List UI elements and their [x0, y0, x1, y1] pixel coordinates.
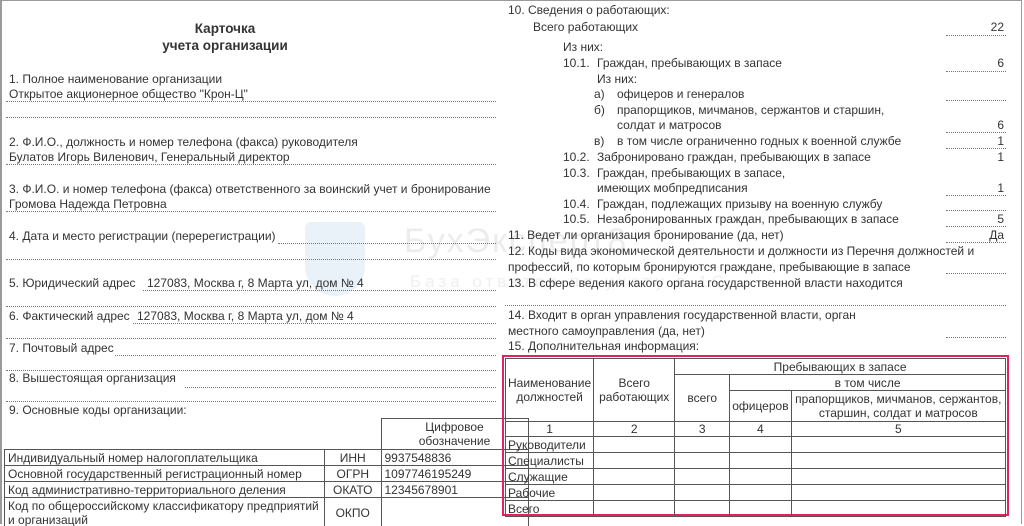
item11-label: 11. Ведет ли организация бронирование (д…	[508, 228, 784, 243]
item-b-value: 6	[946, 118, 1004, 133]
cell-reserve[interactable]	[675, 437, 730, 453]
item10-3-label2: имеющих мобпредписания	[597, 181, 748, 196]
item5-value: 127083, Москва г, 8 Марта ул, дом № 4	[147, 276, 364, 291]
item5-line2	[6, 306, 496, 307]
cell-total[interactable]	[594, 453, 675, 469]
item-a-num: а)	[594, 87, 605, 102]
code-abbr: ОГРН	[325, 466, 382, 482]
item3-line	[6, 211, 496, 212]
item14-label2: местного самоуправления (да, нет)	[508, 324, 705, 339]
of-them-label: Из них:	[563, 40, 603, 55]
cell-total[interactable]	[594, 469, 675, 485]
code-name: Индивидуальный номер налогоплательщика	[5, 450, 325, 466]
col-header-others: прапорщиков, мичманов, сержантов, старши…	[791, 391, 1005, 422]
item7-line	[115, 355, 496, 356]
document-title-line2: учета организации	[140, 38, 310, 53]
item6-label: 6. Фактический адрес	[9, 309, 130, 324]
info-row: Рабочие	[506, 485, 1006, 501]
cell-officers[interactable]	[730, 485, 791, 501]
codes-row: Код по общероссийскому классификатору пр…	[5, 498, 529, 526]
code-name: Код по общероссийскому классификатору пр…	[5, 498, 325, 526]
cell-total[interactable]	[594, 485, 675, 501]
item10-1-value: 6	[946, 56, 1004, 71]
cell-others[interactable]	[791, 469, 1005, 485]
item11-value: Да	[946, 228, 1004, 243]
of-them2-label: Из них:	[597, 72, 637, 87]
item5-label: 5. Юридический адрес	[9, 276, 136, 291]
item10-4-label: Граждан, подлежащих призыву на военную с…	[597, 197, 882, 212]
col-number: 4	[730, 422, 791, 437]
cell-reserve[interactable]	[675, 453, 730, 469]
item15-label: 15. Дополнительная информация:	[508, 339, 699, 354]
col-header-officers: офицеров	[730, 391, 791, 422]
item-b-num: б)	[594, 103, 605, 118]
cell-total[interactable]	[594, 437, 675, 453]
col-number: 5	[791, 422, 1005, 437]
code-abbr: ОКАТО	[325, 482, 382, 498]
cell-others[interactable]	[791, 485, 1005, 501]
group-header-reserve: Пребывающих в запасе	[675, 359, 1006, 375]
col-header-name: Наименование должностей	[506, 359, 594, 422]
codes-table: Цифровое обозначение Индивидуальный номе…	[4, 418, 529, 526]
item4-line	[278, 243, 496, 244]
item-v-line	[946, 148, 1006, 149]
item-a-label: офицеров и генералов	[617, 87, 744, 102]
item8-line2	[6, 401, 496, 402]
total-workers-label: Всего работающих	[533, 20, 638, 35]
col-number: 1	[506, 422, 594, 437]
item1-label: 1. Полное наименование организации	[9, 72, 222, 87]
item1-line2	[6, 117, 496, 118]
item-a-line	[946, 100, 1006, 101]
item10-1-num: 10.1.	[563, 56, 590, 71]
col-header-reserve-total: всего	[675, 375, 730, 422]
info-row: Служащие	[506, 469, 1006, 485]
row-name: Служащие	[506, 469, 594, 485]
item9-label: 9. Основные коды организации:	[9, 403, 187, 418]
item6-line2	[6, 338, 496, 339]
item6-value: 127083, Москва г, 8 Марта ул, дом № 4	[137, 309, 354, 324]
item-v-label: в том числе ограниченно годных к военной…	[617, 134, 901, 149]
item10-2-label: Забронировано граждан, пребывающих в зап…	[597, 150, 871, 165]
total-workers-value: 22	[946, 20, 1004, 35]
item10-5-value: 5	[946, 212, 1004, 227]
item2-label: 2. Ф.И.О., должность и номер телефона (ф…	[9, 135, 358, 150]
item4-label: 4. Дата и место регистрации (перерегистр…	[9, 229, 276, 244]
col-header-total: Всего работающих	[594, 359, 675, 422]
item13-line	[505, 305, 1006, 306]
item10-3-label1: Граждан, пребывающих в запасе,	[597, 166, 785, 181]
cell-officers[interactable]	[730, 437, 791, 453]
cell-officers[interactable]	[730, 453, 791, 469]
cell-officers[interactable]	[730, 501, 791, 517]
item2-line	[6, 164, 496, 165]
item14-label1: 14. Входит в орган управления государств…	[508, 308, 856, 323]
cell-others[interactable]	[791, 453, 1005, 469]
cell-reserve[interactable]	[675, 469, 730, 485]
cell-reserve[interactable]	[675, 485, 730, 501]
info-row: Руководители	[506, 437, 1006, 453]
codes-row: Код административно-территориального дел…	[5, 482, 529, 498]
info-row: Всего	[506, 501, 1006, 517]
cell-reserve[interactable]	[675, 501, 730, 517]
item2-value: Булатов Игорь Виленович, Генеральный дир…	[9, 150, 290, 165]
item10-1-label: Граждан, пребывающих в запасе	[597, 56, 782, 71]
item10-label: 10. Сведения о работающих:	[508, 3, 670, 18]
item7-label: 7. Почтовый адрес	[9, 341, 114, 356]
cell-officers[interactable]	[730, 469, 791, 485]
item10-2-num: 10.2.	[563, 150, 590, 165]
item-b-label2: солдат и матросов	[617, 118, 722, 133]
item10-2-value: 1	[946, 150, 1004, 165]
item4-line2	[6, 259, 496, 260]
cell-others[interactable]	[791, 437, 1005, 453]
codes-row: Индивидуальный номер налогоплательщика И…	[5, 450, 529, 466]
item10-3-line	[946, 195, 1006, 196]
item10-4-line	[946, 210, 1006, 211]
row-name: Рабочие	[506, 485, 594, 501]
row-name: Специалисты	[506, 453, 594, 469]
document-title-line1: Карточка	[160, 21, 290, 36]
codes-row: Основной государственный регистрационный…	[5, 466, 529, 482]
item1-line	[6, 101, 496, 102]
item3-label: 3. Ф.И.О. и номер телефона (факса) ответ…	[9, 182, 491, 197]
item10-3-num: 10.3.	[563, 166, 590, 181]
item11-line	[946, 242, 1006, 243]
item10-4-num: 10.4.	[563, 197, 590, 212]
item10-5-label: Незабронированных граждан, пребывающих в…	[597, 212, 899, 227]
cell-others[interactable]	[791, 501, 1005, 517]
item12-label1: 12. Коды вида экономической деятельности…	[508, 244, 974, 259]
item5-line	[143, 290, 496, 291]
item13-label: 13. В сфере ведения какого органа госуда…	[508, 276, 903, 291]
group-header-including: в том числе	[730, 375, 1006, 391]
item6-line	[133, 323, 496, 324]
cell-total[interactable]	[594, 501, 675, 517]
item10-5-num: 10.5.	[563, 212, 590, 227]
info-table: Наименование должностей Всего работающих…	[505, 358, 1006, 517]
item-v-value: 1	[946, 134, 1004, 149]
row-name: Руководители	[506, 437, 594, 453]
col-number: 3	[675, 422, 730, 437]
item3-value: Громова Надежда Петровна	[9, 197, 167, 212]
item10-5-line	[946, 226, 1006, 227]
code-name: Основной государственный регистрационный…	[5, 466, 325, 482]
item12-line	[946, 273, 1006, 274]
row-name: Всего	[506, 501, 594, 517]
item8-line	[185, 387, 496, 388]
code-abbr: ИНН	[325, 450, 382, 466]
item-b-label1: прапорщиков, мичманов, сержантов и старш…	[617, 103, 884, 118]
item-v-num: в)	[594, 134, 604, 149]
item12-label2: профессий, по которым бронируются гражда…	[508, 260, 911, 275]
item-b-line	[946, 132, 1006, 133]
item1-value: Открытое акционерное общество "Крон-Ц"	[9, 87, 248, 102]
item14-line	[946, 337, 1006, 338]
col-number: 2	[594, 422, 675, 437]
code-name: Код административно-территориального дел…	[5, 482, 325, 498]
info-row: Специалисты	[506, 453, 1006, 469]
item10-3-value: 1	[946, 181, 1004, 196]
code-abbr: ОКПО	[325, 498, 382, 526]
item10-1-line	[946, 71, 1006, 72]
item8-label: 8. Вышестоящая организация	[9, 371, 176, 386]
total-workers-line	[946, 35, 1006, 36]
